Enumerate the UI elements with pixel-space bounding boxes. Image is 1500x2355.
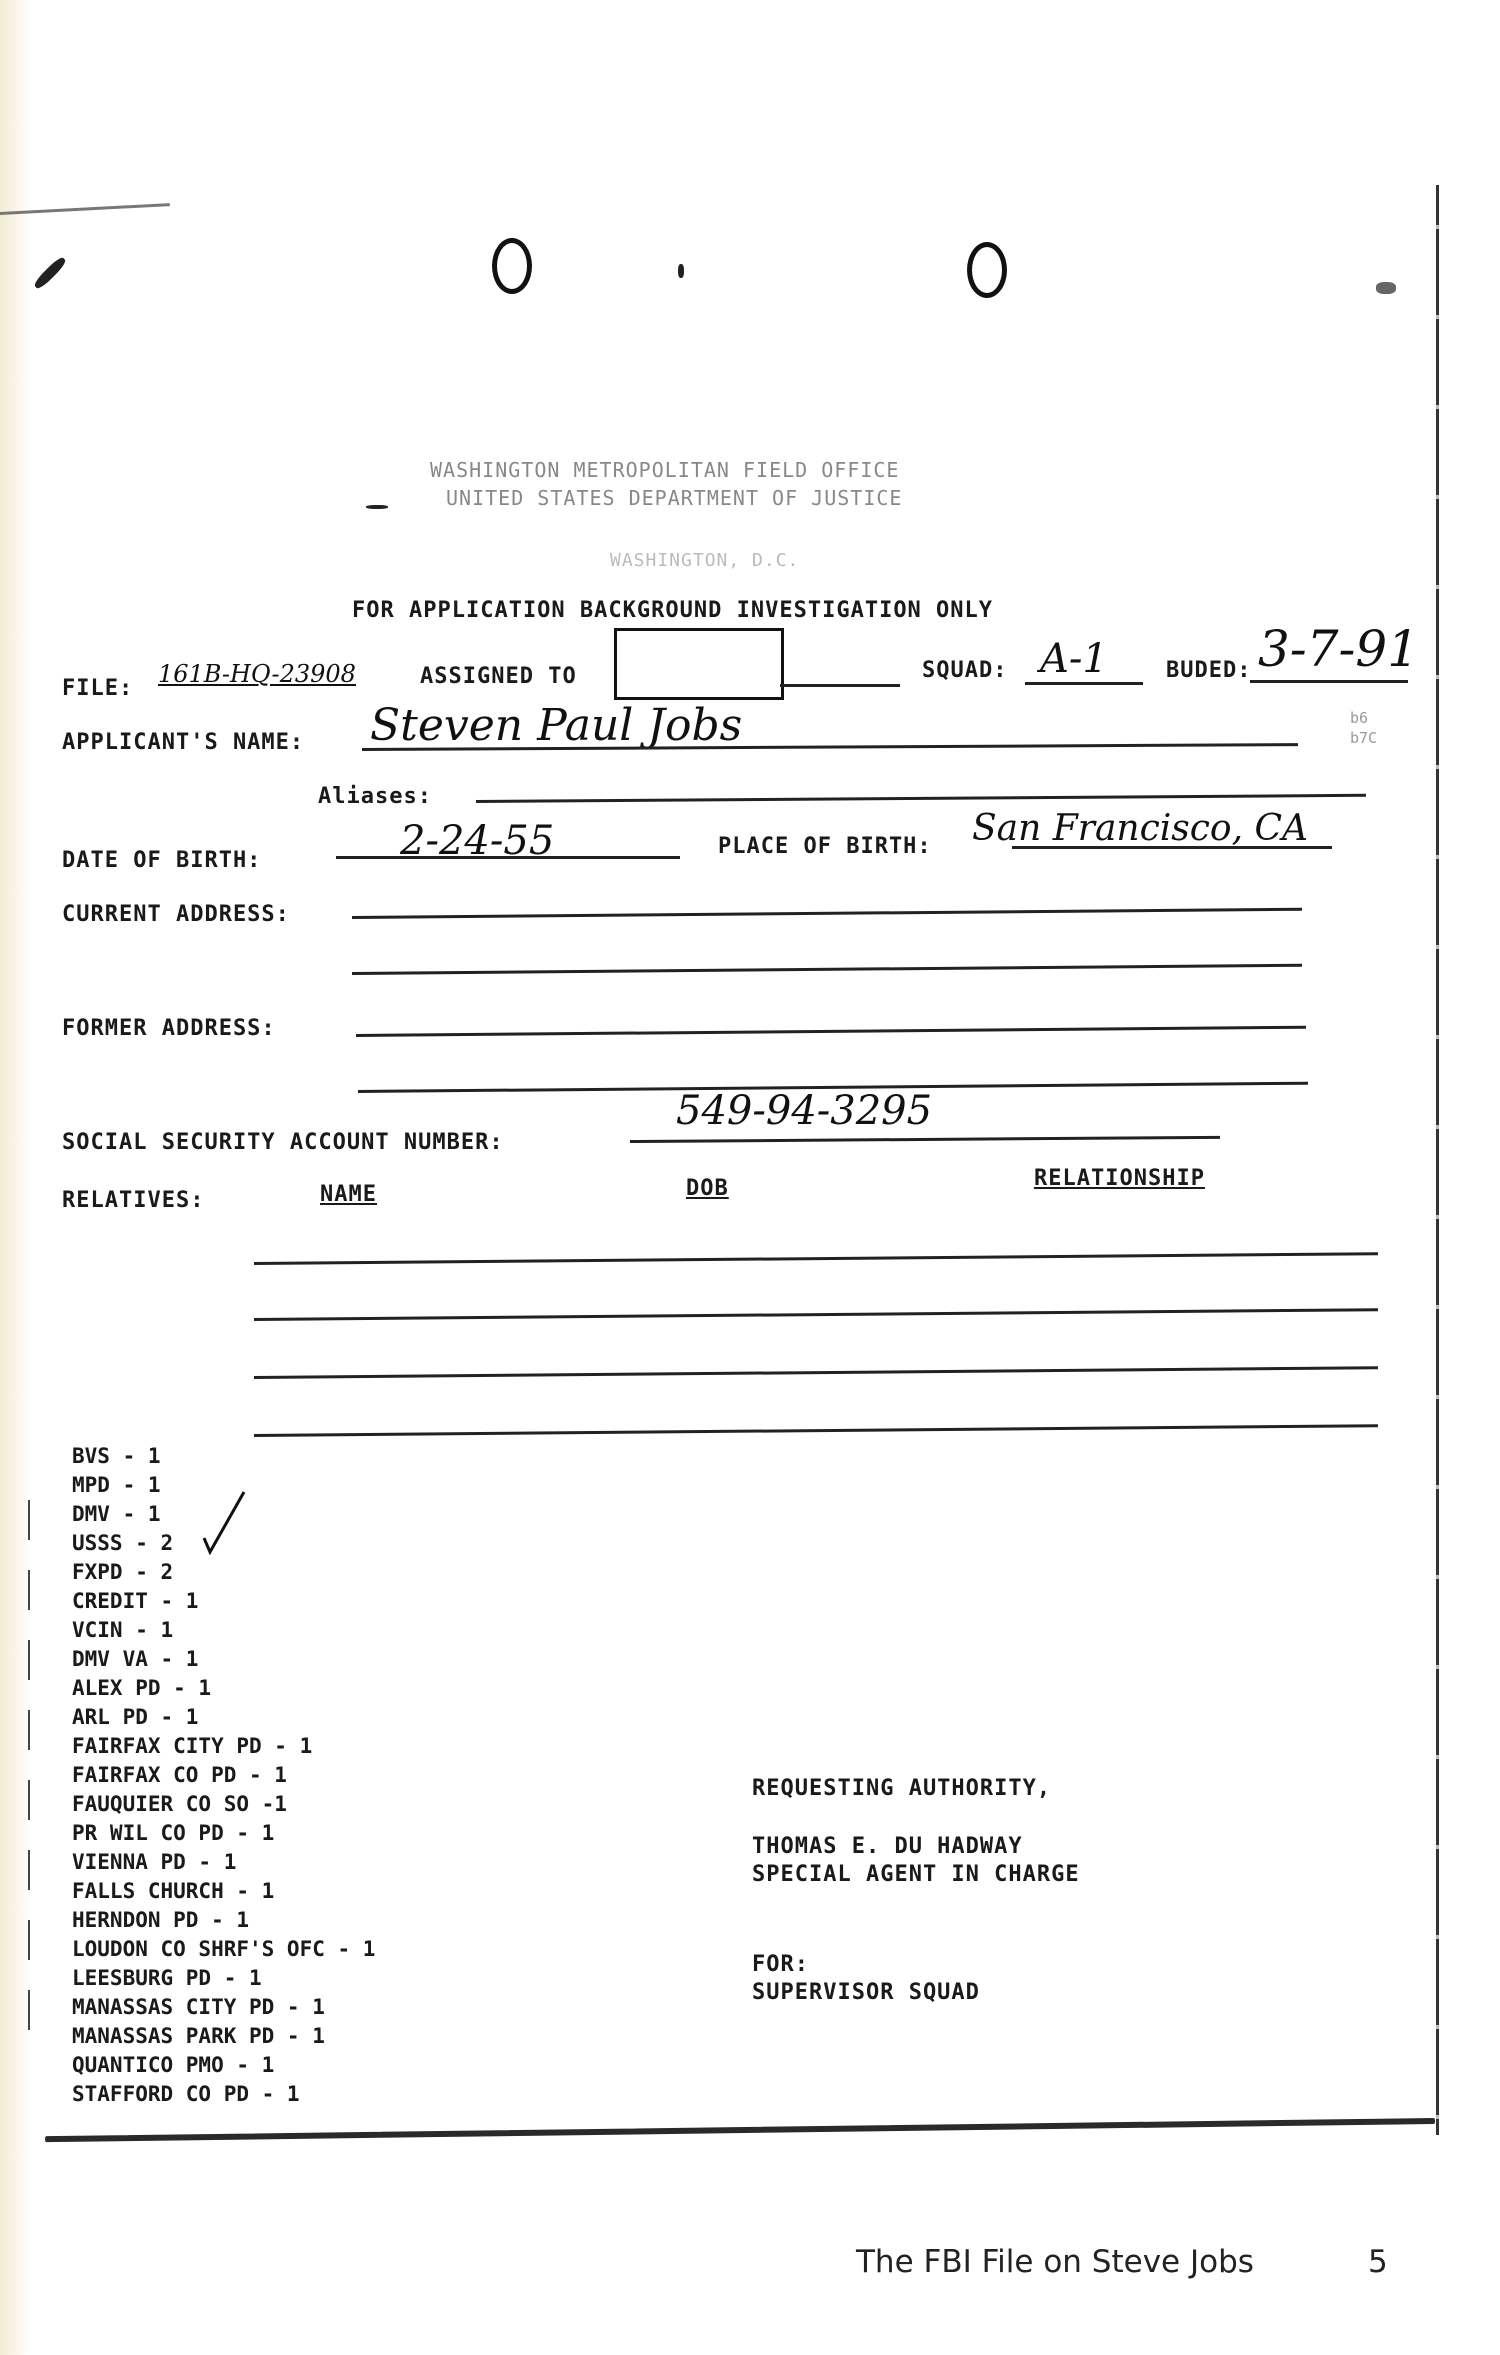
list-item: VIENNA PD - 1	[72, 1848, 375, 1877]
scan-mark	[366, 505, 388, 509]
list-item: PR WIL CO PD - 1	[72, 1819, 375, 1848]
exemption-codes: b6 b7C	[1350, 708, 1377, 748]
pob-label: PLACE OF BIRTH:	[718, 834, 932, 859]
list-item: ALEX PD - 1	[72, 1674, 375, 1703]
relatives-label: RELATIVES:	[62, 1188, 204, 1213]
ssn-value: 549-94-3295	[676, 1088, 932, 1134]
aliases-label: Aliases:	[318, 784, 432, 809]
for-label: FOR:	[752, 1952, 809, 1977]
exemption-b7c: b7C	[1350, 728, 1377, 748]
office-city: WASHINGTON, D.C.	[610, 550, 799, 571]
list-item: HERNDON PD - 1	[72, 1906, 375, 1935]
list-item: MANASSAS CITY PD - 1	[72, 1993, 375, 2022]
former-address-label: FORMER ADDRESS:	[62, 1016, 276, 1041]
list-item: BVS - 1	[72, 1442, 375, 1471]
scan-speck	[678, 264, 684, 278]
dob-label: DATE OF BIRTH:	[62, 848, 261, 873]
page-gutter	[0, 0, 30, 2355]
list-item: VCIN - 1	[72, 1616, 375, 1645]
list-item: LOUDON CO SHRF'S OFC - 1	[72, 1935, 375, 1964]
current-address-label: CURRENT ADDRESS:	[62, 902, 290, 927]
pob-line	[1012, 846, 1332, 849]
applicant-label: APPLICANT'S NAME:	[62, 730, 304, 755]
relatives-col-relationship: RELATIONSHIP	[1034, 1166, 1205, 1191]
list-item: CREDIT - 1	[72, 1587, 375, 1616]
list-item: DMV VA - 1	[72, 1645, 375, 1674]
office-line-2: UNITED STATES DEPARTMENT OF JUSTICE	[446, 486, 902, 510]
relatives-col-name: NAME	[320, 1182, 377, 1207]
applicant-name: Steven Paul Jobs	[370, 700, 742, 751]
redacted-box	[614, 628, 784, 700]
requesting-authority: REQUESTING AUTHORITY,	[752, 1776, 1051, 1801]
form-title: FOR APPLICATION BACKGROUND INVESTIGATION…	[352, 598, 993, 623]
office-line-1: WASHINGTON METROPOLITAN FIELD OFFICE	[430, 458, 899, 482]
list-item: STAFFORD CO PD - 1	[72, 2080, 375, 2109]
file-label: FILE:	[62, 676, 133, 701]
hole-punch-right	[967, 242, 1007, 298]
squad-label: SQUAD:	[922, 658, 1007, 683]
dob-line	[336, 856, 680, 859]
assigned-line	[780, 684, 900, 687]
ssn-label: SOCIAL SECURITY ACCOUNT NUMBER:	[62, 1130, 504, 1155]
list-item: LEESBURG PD - 1	[72, 1964, 375, 1993]
list-item: FAUQUIER CO SO -1	[72, 1790, 375, 1819]
list-item: FALLS CHURCH - 1	[72, 1877, 375, 1906]
exemption-b6: b6	[1350, 708, 1377, 728]
sheet-left-edge	[28, 1500, 30, 2040]
pob-value: San Francisco, CA	[972, 808, 1308, 849]
assigned-label: ASSIGNED TO	[420, 664, 577, 689]
page-number: 5	[1368, 2244, 1388, 2280]
buded-line	[1250, 680, 1408, 683]
sheet-right-edge	[1436, 185, 1439, 2135]
squad-value: A-1	[1040, 636, 1108, 682]
file-number: 161B-HQ-23908	[158, 660, 356, 688]
relatives-col-dob: DOB	[686, 1176, 729, 1201]
checkmark-icon	[200, 1488, 250, 1558]
buded-label: BUDED:	[1166, 658, 1251, 683]
scan-speck	[1376, 282, 1396, 294]
list-item: MANASSAS PARK PD - 1	[72, 2022, 375, 2051]
agent-name: THOMAS E. DU HADWAY	[752, 1834, 1023, 1859]
agent-title: SPECIAL AGENT IN CHARGE	[752, 1862, 1080, 1887]
list-item: ARL PD - 1	[72, 1703, 375, 1732]
supervisor-squad: SUPERVISOR SQUAD	[752, 1980, 980, 2005]
list-item: FAIRFAX CO PD - 1	[72, 1761, 375, 1790]
hole-punch-left	[492, 238, 532, 294]
list-item: FXPD - 2	[72, 1558, 375, 1587]
squad-line	[1025, 682, 1143, 685]
list-item: QUANTICO PMO - 1	[72, 2051, 375, 2080]
book-footer-title: The FBI File on Steve Jobs	[856, 2244, 1254, 2280]
buded-value: 3-7-91	[1258, 620, 1419, 678]
list-item: FAIRFAX CITY PD - 1	[72, 1732, 375, 1761]
